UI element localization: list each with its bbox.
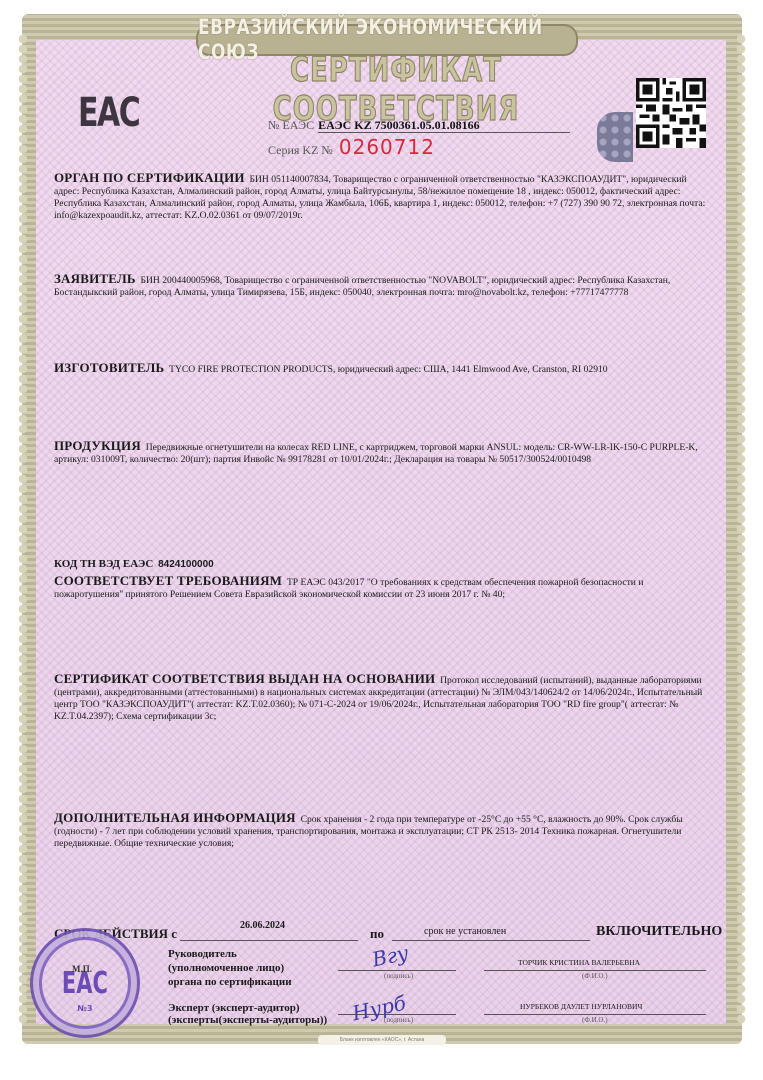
hologram-icon [597,112,633,162]
head-signature-caption: (подпись) [384,972,413,980]
validity-inclusive: ВКЛЮЧИТЕЛЬНО [596,924,722,940]
series-value: 0260712 [339,135,435,159]
section-heading: ОРГАН ПО СЕРТИФИКАЦИИ [54,170,245,185]
stamp-number: №3 [77,1004,92,1013]
official-stamp: ЕАС №3 [30,928,140,1038]
printer-note: Бланк изготовлен «КАОС», г. Астана [318,1035,446,1045]
expert-signature-caption: (подпись) [384,1016,413,1024]
section-certification-body: ОРГАН ПО СЕРТИФИКАЦИИ БИН 051140007834, … [54,172,706,222]
head-name-caption: (Ф.И.О.) [582,972,608,980]
number-label: № ЕАЭС [268,118,314,132]
section-issued-basis: СЕРТИФИКАТ СООТВЕТСТВИЯ ВЫДАН НА ОСНОВАН… [54,673,706,723]
expert-label-2: (эксперты(эксперты-аудиторы)) [168,1014,327,1026]
section-text: БИН 200440005968, Товарищество с огранич… [54,275,670,298]
hs-code-value: 8424100000 [158,559,214,570]
certificate-number: № ЕАЭСЕАЭС KZ 7500361.05.01.08166 [268,118,570,133]
series-label: Серия KZ № [268,143,333,157]
expert-name: НУРБЕКОВ ДАУЛЕТ НУРЛАНОВИЧ [520,1002,642,1011]
head-name-line [484,970,706,971]
section-hs-code: КОД ТН ВЭД ЕАЭС 8424100000 [54,558,706,571]
head-signature-line [338,970,456,971]
section-manufacturer: ИЗГОТОВИТЕЛЬ TYCO FIRE PROTECTION PRODUC… [54,362,706,376]
border-scallop-right [736,34,746,1024]
expert-label-1: Эксперт (эксперт-аудитор) [168,1002,300,1014]
number-value: ЕАЭС KZ 7500361.05.01.08166 [318,118,570,133]
section-heading: СООТВЕТСТВУЕТ ТРЕБОВАНИЯМ [54,573,282,588]
head-label-1: Руководитель [168,948,237,960]
section-additional-info: ДОПОЛНИТЕЛЬНАЯ ИНФОРМАЦИЯ Срок хранения … [54,812,706,850]
stamp-mp: М.П. [72,964,92,974]
border-scallop-left [18,34,28,1024]
section-heading: КОД ТН ВЭД ЕАЭС [54,558,153,570]
section-text: Передвижные огнетушители на колесах RED … [54,442,698,465]
section-applicant: ЗАЯВИТЕЛЬ БИН 200440005968, Товарищество… [54,273,706,299]
section-product: ПРОДУКЦИЯ Передвижные огнетушители на ко… [54,440,706,466]
section-heading: ИЗГОТОВИТЕЛЬ [54,360,164,375]
head-label-3: органа по сертификации [168,976,292,988]
eac-logo-icon: ЕАС [78,90,139,136]
validity-to: срок не установлен [424,926,506,937]
expert-name-line [484,1014,706,1015]
validity-to-line [392,940,590,941]
section-conformity: СООТВЕТСТВУЕТ ТРЕБОВАНИЯМ ТР ЕАЭС 043/20… [54,575,706,601]
section-heading: СЕРТИФИКАТ СООТВЕТСТВИЯ ВЫДАН НА ОСНОВАН… [54,671,435,686]
section-heading: ЗАЯВИТЕЛЬ [54,271,136,286]
section-text: TYCO FIRE PROTECTION PRODUCTS, юридическ… [169,364,608,375]
validity-from: 26.06.2024 [240,920,285,931]
validity-from-line [180,940,358,941]
qr-code-icon [636,78,706,148]
section-heading: ДОПОЛНИТЕЛЬНАЯ ИНФОРМАЦИЯ [54,810,296,825]
head-label-2: (уполномоченное лицо) [168,962,284,974]
head-name: ТОРЧИК КРИСТИНА ВАЛЕРЬЕВНА [518,958,640,967]
certificate-series: Серия KZ №0260712 [268,135,435,159]
expert-name-caption: (Ф.И.О.) [582,1016,608,1024]
section-heading: ПРОДУКЦИЯ [54,438,141,453]
validity-to-label: по [370,926,384,942]
